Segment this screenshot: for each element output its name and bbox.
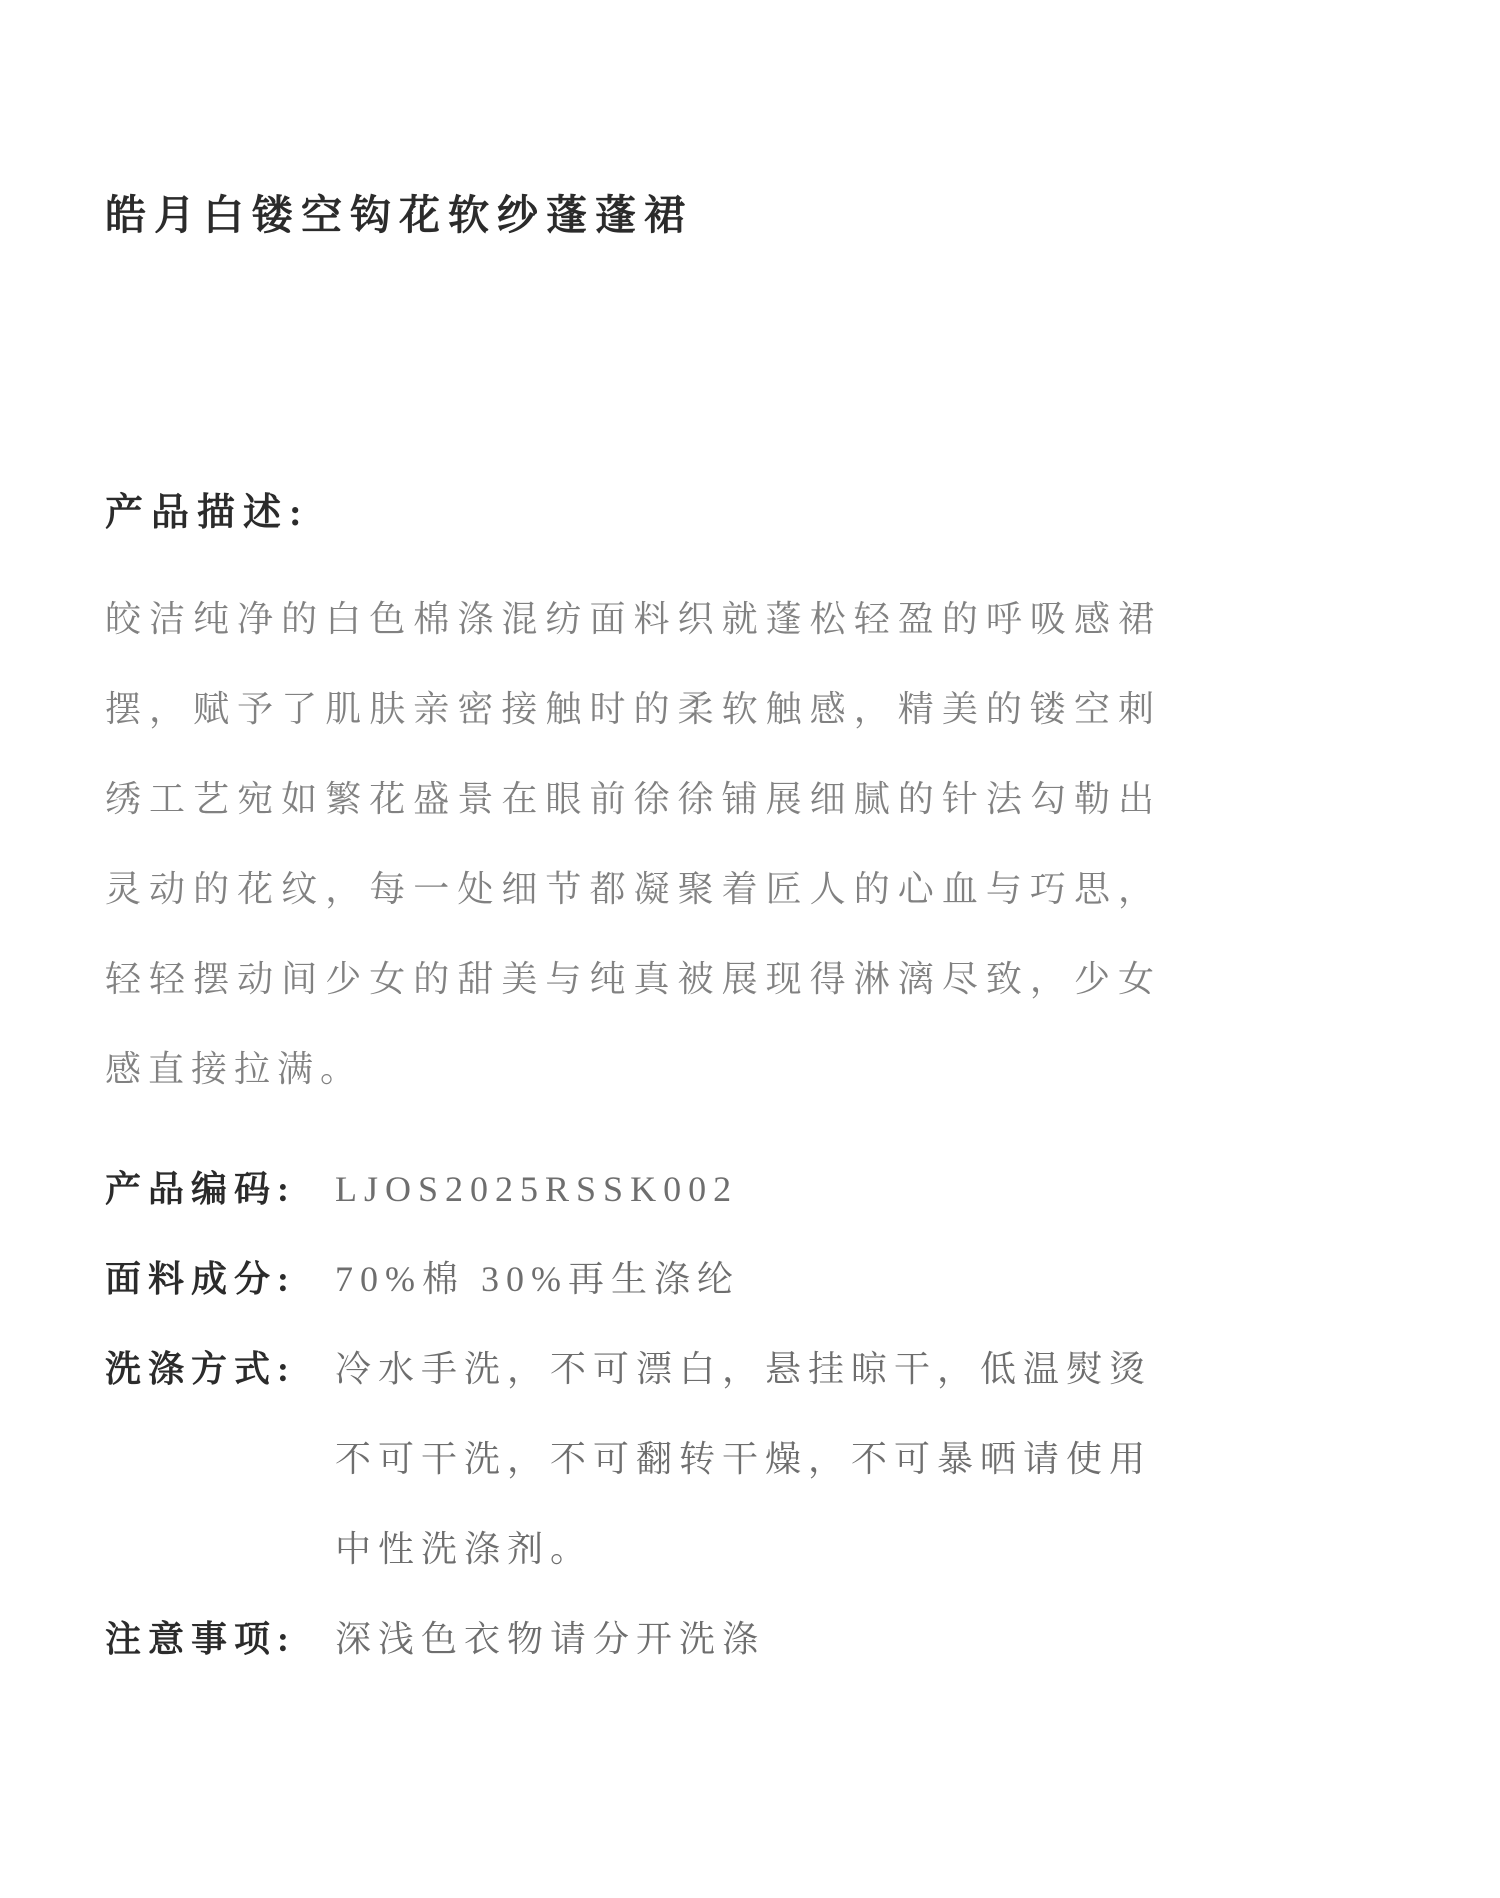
spec-row-product-code: 产品编码: LJOS2025RSSK002 bbox=[105, 1144, 1405, 1234]
spec-table: 产品编码: LJOS2025RSSK002 面料成分: 70%棉 30%再生涤纶… bbox=[105, 1144, 1405, 1684]
precautions-label: 注意事项: bbox=[105, 1594, 335, 1684]
spec-row-fabric-content: 面料成分: 70%棉 30%再生涤纶 bbox=[105, 1234, 1405, 1324]
washing-instructions-value: 冷水手洗，不可漂白，悬挂晾干，低温熨烫 不可干洗，不可翻转干燥，不可暴晒请使用 … bbox=[335, 1324, 1405, 1594]
fabric-content-value: 70%棉 30%再生涤纶 bbox=[335, 1234, 1405, 1324]
spec-row-precautions: 注意事项: 深浅色衣物请分开洗涤 bbox=[105, 1594, 1405, 1684]
description-heading: 产品描述: bbox=[105, 489, 1405, 538]
product-code-value: LJOS2025RSSK002 bbox=[335, 1144, 1405, 1234]
product-title: 皓月白镂空钩花软纱蓬蓬裙 bbox=[105, 190, 1405, 241]
spec-row-washing-instructions: 洗涤方式: 冷水手洗，不可漂白，悬挂晾干，低温熨烫 不可干洗，不可翻转干燥，不可… bbox=[105, 1324, 1405, 1594]
product-detail-page: 皓月白镂空钩花软纱蓬蓬裙 产品描述: 皎洁纯净的白色棉涤混纺面料织就蓬松轻盈的呼… bbox=[0, 0, 1500, 1898]
washing-instructions-label: 洗涤方式: bbox=[105, 1324, 335, 1414]
product-code-label: 产品编码: bbox=[105, 1144, 335, 1234]
fabric-content-label: 面料成分: bbox=[105, 1234, 335, 1324]
precautions-value: 深浅色衣物请分开洗涤 bbox=[335, 1594, 1405, 1684]
description-body: 皎洁纯净的白色棉涤混纺面料织就蓬松轻盈的呼吸感裙摆，赋予了肌肤亲密接触时的柔软触… bbox=[105, 574, 1161, 1114]
